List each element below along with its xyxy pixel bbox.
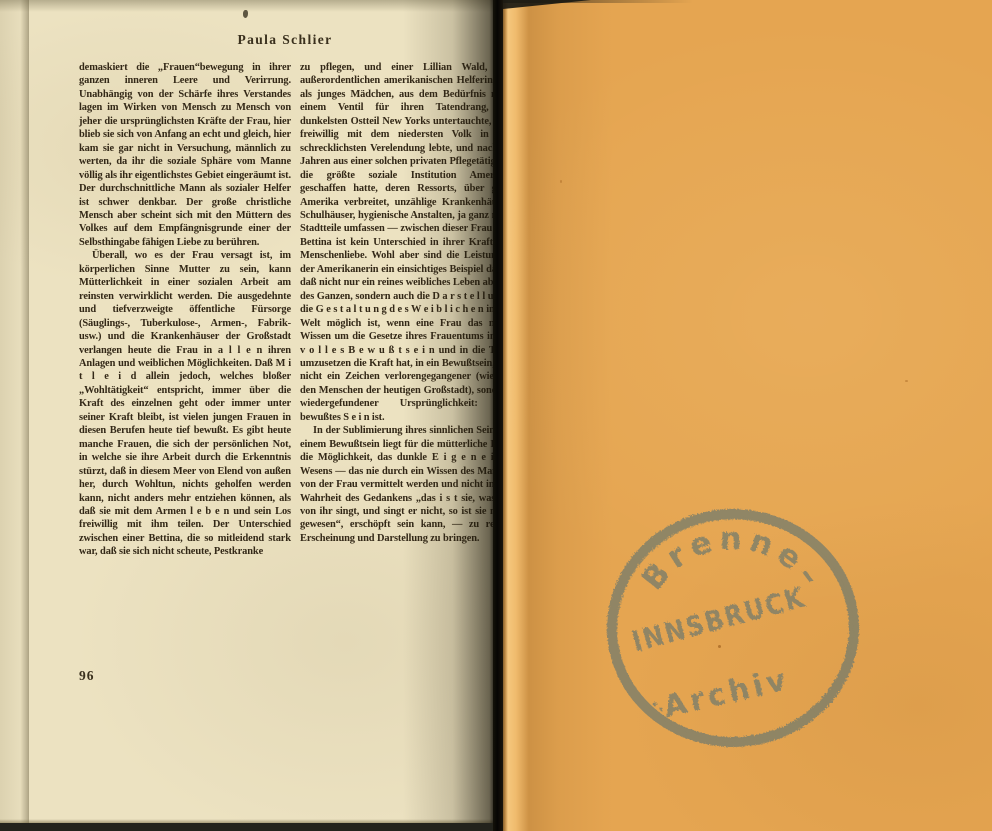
page-header: Paula Schlier: [79, 32, 491, 48]
column-right: zu pflegen, und einer Lillian Wald, der …: [300, 61, 493, 559]
right-page: Brenne– INNSBRUCK Archiv: [503, 0, 992, 831]
left-page-edge: [0, 0, 29, 823]
stamp-bottom-text: Archiv: [660, 662, 793, 725]
paragraph: demaskiert die „Frauen“bewegung in ihrer…: [79, 61, 291, 249]
paragraph: zu pflegen, und einer Lillian Wald, der …: [300, 61, 493, 424]
left-page: Paula Schlier demaskiert die „Frauen“bew…: [0, 0, 493, 823]
paragraph: In der Sublimierung ihres sinnlichen Sei…: [300, 424, 493, 545]
left-page-bottom-edge: [0, 819, 493, 823]
stamp-ink-dot: [653, 702, 657, 706]
paragraph: Überall, wo es der Frau versagt ist, im …: [79, 249, 291, 558]
book-spread-photo: Paula Schlier demaskiert die „Frauen“bew…: [0, 0, 992, 831]
page-number: 96: [79, 668, 95, 684]
column-left: demaskiert die „Frauen“bewegung in ihrer…: [79, 61, 291, 559]
paper-speck: [243, 10, 248, 18]
book-gutter-shadow: [493, 0, 503, 831]
stamp-ink-dot: [659, 707, 662, 710]
text-columns: demaskiert die „Frauen“bewegung in ihrer…: [79, 61, 493, 559]
archive-stamp: Brenne– INNSBRUCK Archiv: [503, 0, 992, 831]
stamp-city-text: INNSBRUCK: [629, 581, 809, 659]
